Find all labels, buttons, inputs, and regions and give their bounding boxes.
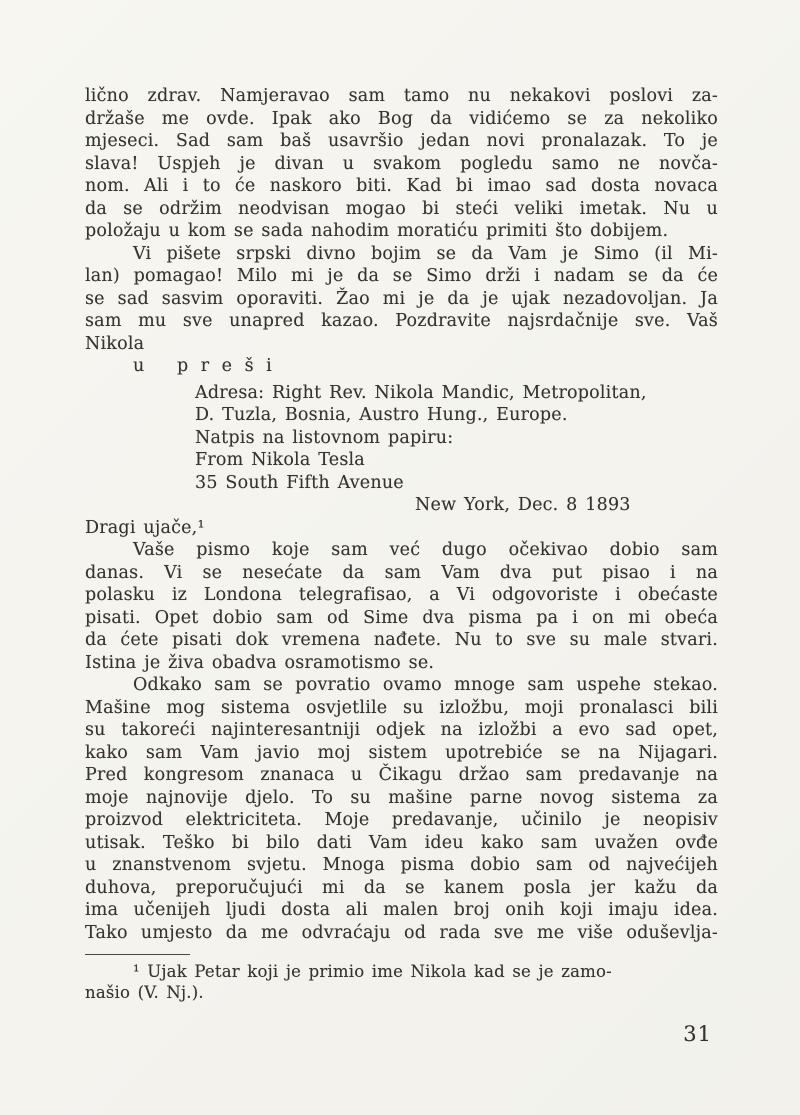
paragraph-2: Odkako sam se povratio ovamo mnoge sam u…: [85, 674, 718, 944]
text-line: Tako umjesto da me odvraćaju od rada sve…: [85, 922, 718, 945]
paragraph-1: Vaše pismo koje sam već dugo očekivao do…: [85, 539, 718, 674]
text-line: lično zdrav. Namjeravao sam tamo nu neka…: [85, 85, 718, 108]
text-line: 35 South Fifth Avenue: [195, 472, 718, 495]
text-line: proizvod elektriciteta. Moje predavanje,…: [85, 809, 718, 832]
book-page: lično zdrav. Namjeravao sam tamo nu neka…: [0, 0, 800, 1115]
date-line: New York, Dec. 8 1893: [415, 494, 718, 517]
text-line: Pred kongresom znanaca u Čikagu držao sa…: [85, 764, 718, 787]
text-line: našio (V. Nj.).: [85, 982, 718, 1003]
text-line: se sad sasvim oporaviti. Žao mi je da je…: [85, 288, 718, 311]
paragraph-continuation: lično zdrav. Namjeravao sam tamo nu neka…: [85, 85, 718, 243]
text-line: držaše me ovde. Ipak ako Bog da vidićemo…: [85, 108, 718, 131]
text-line: duhova, preporučujući mi da se kanem pos…: [85, 877, 718, 900]
text-line: polasku iz Londona telegrafisao, a Vi od…: [85, 584, 718, 607]
text-line: ¹ Ujak Petar koji je primio ime Nikola k…: [85, 961, 718, 982]
text-line: pisati. Opet dobio sam od Sime dva pisma…: [85, 607, 718, 630]
text-line: D. Tuzla, Bosnia, Austro Hung., Europe.: [195, 404, 718, 427]
text-line: moje najnovije djelo. To su mašine parne…: [85, 787, 718, 810]
salutation: Dragi ujače,¹: [85, 517, 718, 540]
text-line: da se održim neodvisan mogao bi steći ve…: [85, 198, 718, 221]
paragraph-letter-closing: Vi pišete srpski divno bojim se da Vam j…: [85, 243, 718, 356]
text-line: slava! Uspjeh je divan u svakom pogledu …: [85, 153, 718, 176]
text-line: ima učenijeh ljudi dosta ali malen broj …: [85, 899, 718, 922]
text-line: položaju u kom se sada nahodim moratiću …: [85, 220, 718, 243]
text-line: lan) pomagao! Milo mi je da se Simo drži…: [85, 265, 718, 288]
page-text: lično zdrav. Namjeravao sam tamo nu neka…: [85, 85, 718, 1046]
text-line: mjeseci. Sad sam baš usavršio jedan novi…: [85, 130, 718, 153]
text-line: danas. Vi se nesećate da sam Vam dva put…: [85, 562, 718, 585]
text-line: Adresa: Right Rev. Nikola Mandic, Metrop…: [195, 382, 718, 405]
text-line: Odkako sam se povratio ovamo mnoge sam u…: [85, 674, 718, 697]
text-line: u znanstvenom svjetu. Mnoga pisma dobio …: [85, 854, 718, 877]
text-line: Natpis na listovnom papiru:: [195, 427, 718, 450]
text-line: utisak. Teško bi bilo dati Vam ideu kako…: [85, 832, 718, 855]
text-line: Nikola: [85, 333, 718, 356]
footnote-divider: [85, 954, 190, 955]
text-line: da ćete pisati dok vremena nađete. Nu to…: [85, 629, 718, 652]
page-number: 31: [85, 1023, 718, 1046]
text-line: Vaše pismo koje sam već dugo očekivao do…: [85, 539, 718, 562]
footnote-area: ¹ Ujak Petar koji je primio ime Nikola k…: [85, 954, 718, 1003]
footnote: ¹ Ujak Petar koji je primio ime Nikola k…: [85, 961, 718, 1003]
text-line: kako sam Vam javio moj sistem upotrebiće…: [85, 742, 718, 765]
text-line: From Nikola Tesla: [195, 449, 718, 472]
text-line: su takoreći najinteresantniji odjek na i…: [85, 719, 718, 742]
address-block: Adresa: Right Rev. Nikola Mandic, Metrop…: [195, 382, 718, 495]
text-line: Mašine mog sistema osvjetlile su izložbu…: [85, 697, 718, 720]
text-line: Istina je živa obadva osramotismo se.: [85, 652, 718, 675]
text-line: Vi pišete srpski divno bojim se da Vam j…: [85, 243, 718, 266]
text-line: nom. Ali i to će naskoro biti. Kad bi im…: [85, 175, 718, 198]
letter-postscript: u p r e š i: [85, 355, 718, 378]
text-line: sam mu sve unapred kazao. Pozdravite naj…: [85, 310, 718, 333]
